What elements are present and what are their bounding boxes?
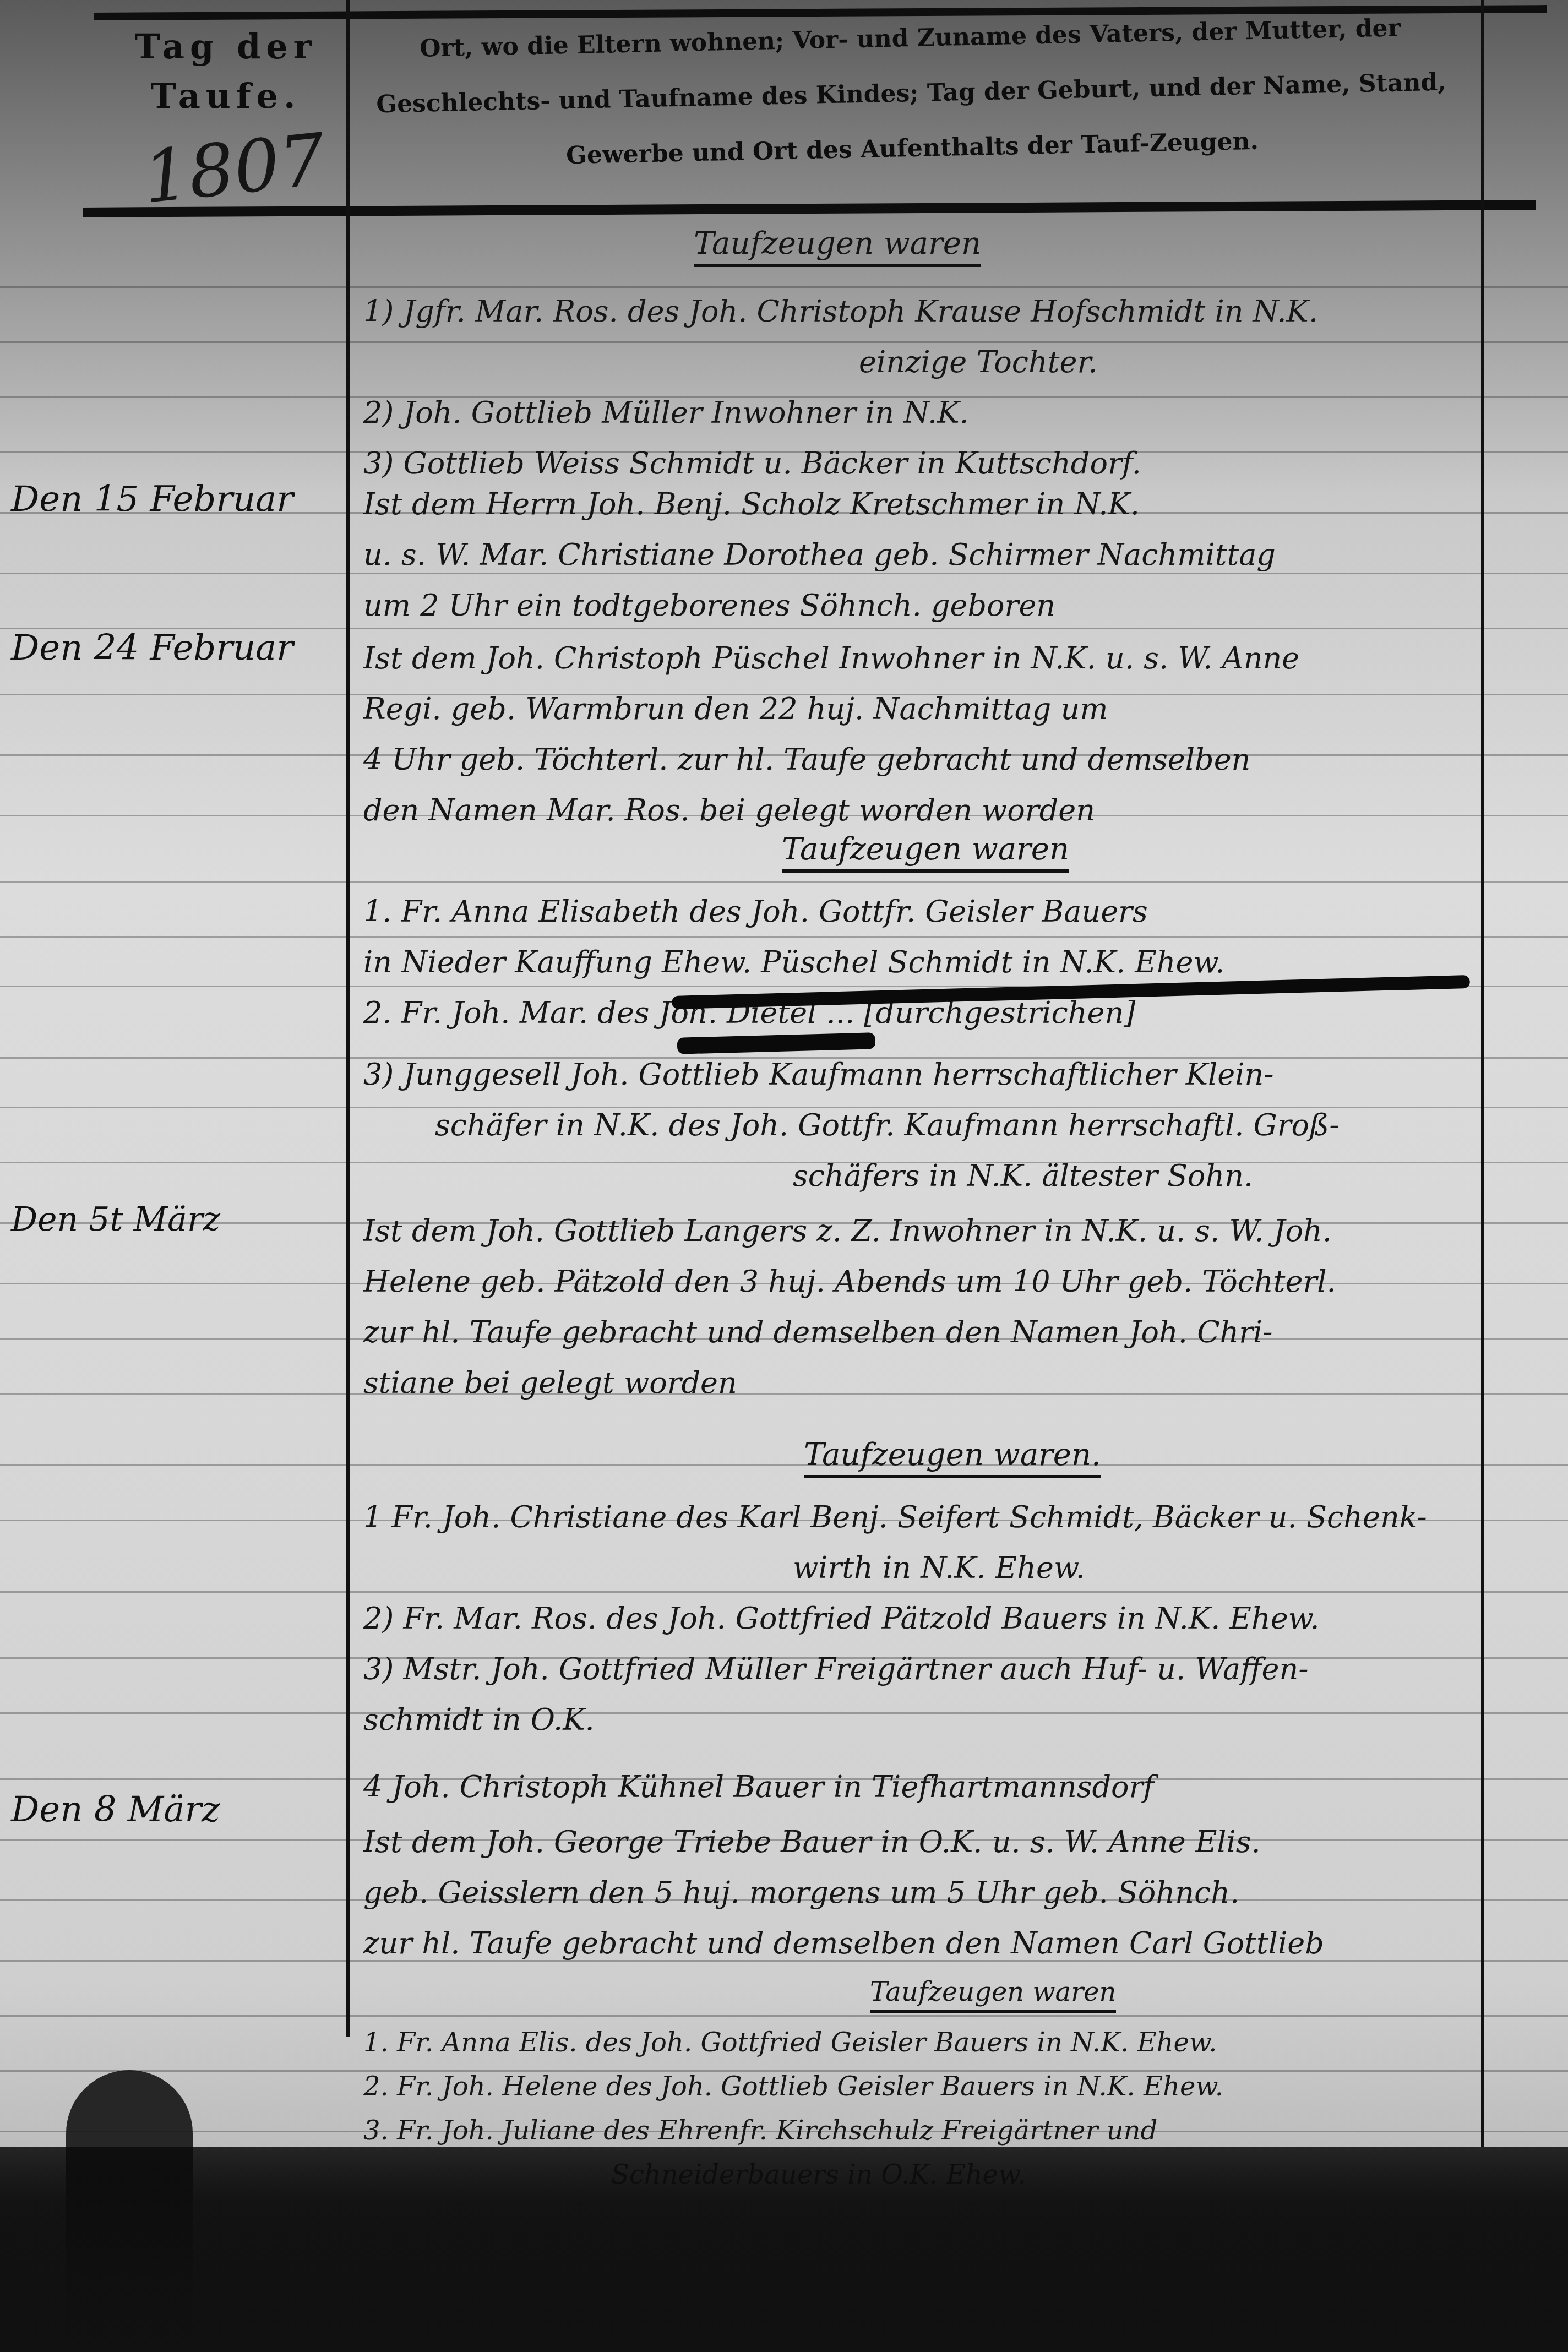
sponsor-line: 3. Fr. Joh. Juliane des Ehrenfr. Kirchsc…: [363, 2109, 1464, 2153]
entry-line: den Namen Mar. Ros. bei gelegt worden wo…: [363, 785, 1464, 836]
baptism-date: Den 5t März: [11, 1200, 220, 1239]
baptism-date: Den 24 Februar: [11, 628, 293, 668]
entry-line: u. s. W. Mar. Christiane Dorothea geb. S…: [363, 530, 1464, 580]
entry-line: 4 Uhr geb. Töchterl. zur hl. Taufe gebra…: [363, 734, 1464, 785]
sponsor-line: 1. Fr. Anna Elis. des Joh. Gottfried Gei…: [363, 2021, 1464, 2065]
ruled-line: [0, 2015, 1568, 2017]
sponsor-line: schmidt in O.K.: [363, 1695, 1464, 1745]
entry-line: geb. Geisslern den 5 huj. morgens um 5 U…: [363, 1868, 1464, 1918]
sponsor-line: einzige Tochter.: [363, 337, 1464, 388]
entry-text: Ist dem Herrn Joh. Benj. Scholz Kretschm…: [363, 479, 1464, 631]
column-divider-left: [346, 0, 350, 2037]
sponsors-heading: Taufzeugen waren.: [804, 1437, 1101, 1478]
sponsors-heading: Taufzeugen waren: [694, 226, 981, 267]
sponsor-line: 2) Fr. Mar. Ros. des Joh. Gottfried Pätz…: [363, 1593, 1464, 1644]
entry-text: Ist dem Joh. Gottlieb Langers z. Z. Inwo…: [363, 1206, 1464, 1408]
entry-sponsors-list: 1 Fr. Joh. Christiane des Karl Benj. Sei…: [363, 1492, 1464, 1812]
sponsors-heading: Taufzeugen waren: [782, 831, 1069, 873]
entry-line: Regi. geb. Warmbrun den 22 huj. Nachmitt…: [363, 684, 1464, 734]
sponsor-line: 3) Mstr. Joh. Gottfried Müller Freigärtn…: [363, 1644, 1464, 1695]
baptism-date: Den 8 März: [11, 1789, 220, 1830]
sponsor-line: 1 Fr. Joh. Christiane des Karl Benj. Sei…: [363, 1492, 1464, 1543]
entry-line: stiane bei gelegt worden: [363, 1358, 1464, 1408]
sponsor-line: schäfer in N.K. des Joh. Gottfr. Kaufman…: [363, 1100, 1464, 1151]
sponsor-line: 4 Joh. Christoph Kühnel Bauer in Tiefhar…: [363, 1762, 1464, 1812]
entry-line: Ist dem Herrn Joh. Benj. Scholz Kretschm…: [363, 479, 1464, 530]
entry-line: Ist dem Joh. George Triebe Bauer in O.K.…: [363, 1817, 1464, 1868]
sponsor-line: 3) Junggesell Joh. Gottlieb Kaufmann her…: [363, 1049, 1464, 1100]
sponsor-line: 2) Joh. Gottlieb Müller Inwohner in N.K.: [363, 388, 1464, 438]
entry-sponsors-list: 1) Jgfr. Mar. Ros. des Joh. Christoph Kr…: [363, 286, 1464, 489]
ruled-line: [0, 1464, 1568, 1466]
entry-line: zur hl. Taufe gebracht und demselben den…: [363, 1918, 1464, 1969]
ruled-line: [0, 881, 1568, 883]
entry-line: um 2 Uhr ein todtgeborenes Söhnch. gebor…: [363, 580, 1464, 631]
entry-line: Helene geb. Pätzold den 3 huj. Abends um…: [363, 1256, 1464, 1307]
header-baptism-date-title: Tag der Taufe.: [121, 22, 330, 121]
sponsor-line: 2. Fr. Joh. Helene des Joh. Gottlieb Gei…: [363, 2065, 1464, 2109]
entry-line: zur hl. Taufe gebracht und demselben den…: [363, 1307, 1464, 1358]
sponsor-line: wirth in N.K. Ehew.: [363, 1543, 1464, 1593]
sponsor-line: schäfers in N.K. ältester Sohn.: [363, 1151, 1464, 1201]
register-page: Tag der Taufe. 1807 Ort, wo die Eltern w…: [0, 0, 1568, 2352]
sponsor-line: 1) Jgfr. Mar. Ros. des Joh. Christoph Kr…: [363, 286, 1464, 337]
sponsors-heading: Taufzeugen waren: [870, 1977, 1116, 2013]
page-edge-shadow: [0, 2147, 1568, 2352]
entry-text: Ist dem Joh. George Triebe Bauer in O.K.…: [363, 1817, 1464, 1969]
entry-text: Ist dem Joh. Christoph Püschel Inwohner …: [363, 633, 1464, 836]
header-details-title: Ort, wo die Eltern wohnen; Vor- und Zuna…: [373, 0, 1450, 187]
entry-line: Ist dem Joh. Christoph Püschel Inwohner …: [363, 633, 1464, 684]
column-divider-right: [1481, 0, 1484, 2147]
entry-line: Ist dem Joh. Gottlieb Langers z. Z. Inwo…: [363, 1206, 1464, 1256]
entry-sponsors-list: 1. Fr. Anna Elisabeth des Joh. Gottfr. G…: [363, 886, 1464, 1201]
header-year: 1807: [139, 117, 329, 220]
sponsor-line: 1. Fr. Anna Elisabeth des Joh. Gottfr. G…: [363, 886, 1464, 937]
baptism-date: Den 15 Februar: [11, 479, 293, 520]
